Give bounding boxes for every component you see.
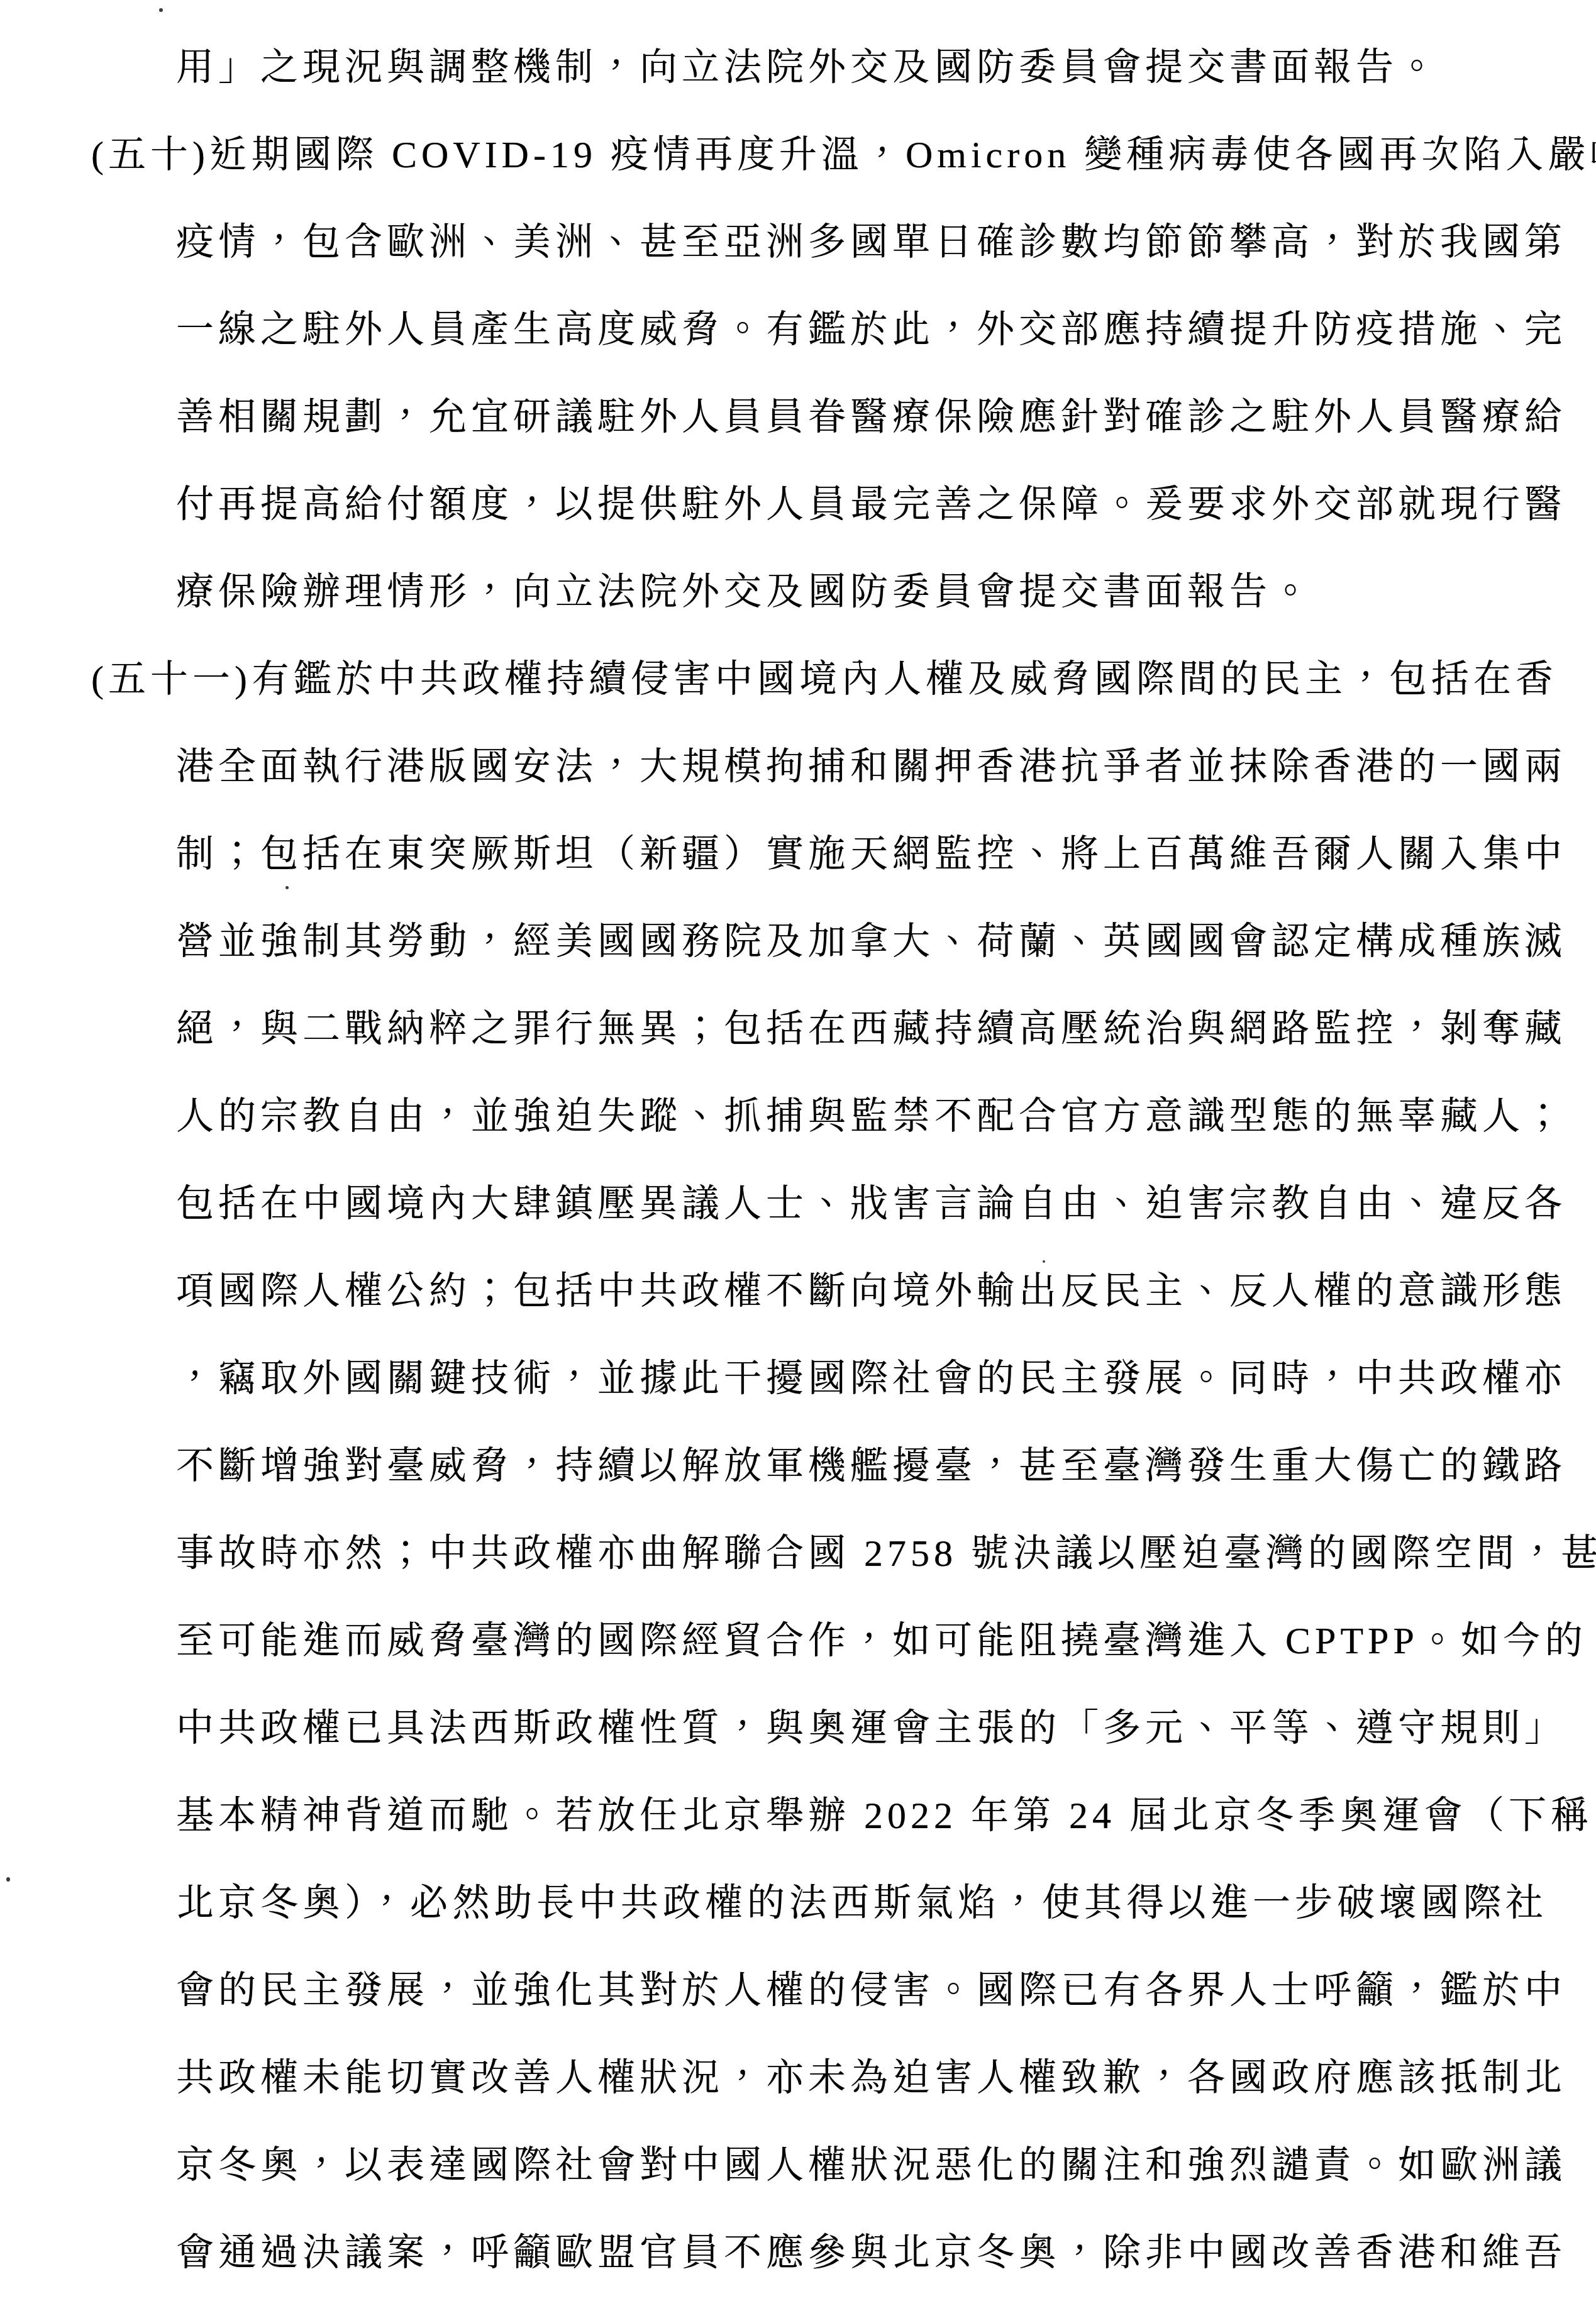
scan-speck	[285, 886, 289, 889]
text-line: 至可能進而威脅臺灣的國際經貿合作，如可能阻撓臺灣進入 CPTPP。如今的	[0, 1597, 1596, 1685]
text-line: 不斷增強對臺威脅，持續以解放軍機艦擾臺，甚至臺灣發生重大傷亡的鐵路	[0, 1422, 1596, 1510]
text-line: 中共政權已具法西斯政權性質，與奧運會主張的「多元、平等、遵守規則」	[0, 1685, 1596, 1772]
text-line: 共政權未能切實改善人權狀況，亦未為迫害人權致歉，各國政府應該抵制北	[0, 2034, 1596, 2122]
text-line: ，竊取外國關鍵技術，並據此干擾國際社會的民主發展。同時，中共政權亦	[0, 1335, 1596, 1422]
text-line: 善相關規劃，允宜研議駐外人員員眷醫療保險應針對確診之駐外人員醫療給	[0, 374, 1596, 461]
text-line-item-50: (五十)近期國際 COVID-19 疫情再度升溫，Omicron 變種病毒使各國…	[0, 111, 1596, 199]
text-line: 港全面執行港版國安法，大規模拘捕和關押香港抗爭者並抹除香港的一國兩	[0, 723, 1596, 811]
text-line: 療保險辦理情形，向立法院外交及國防委員會提交書面報告。	[0, 548, 1596, 636]
text-line: 北京冬奧），必然助長中共政權的法西斯氣焰，使其得以進一步破壞國際社	[0, 1860, 1596, 1947]
text-line: 項國際人權公約；包括中共政權不斷向境外輸出反民主、反人權的意識形態	[0, 1248, 1596, 1335]
text-line: 包括在中國境內大肆鎮壓異議人士、戕害言論自由、迫害宗教自由、違反各	[0, 1160, 1596, 1248]
text-line: 制；包括在東突厥斯坦（新疆）實施天網監控、將上百萬維吾爾人關入集中	[0, 811, 1596, 898]
text-line: 基本精神背道而馳。若放任北京舉辦 2022 年第 24 屆北京冬季奧運會（下稱	[0, 1772, 1596, 1860]
text-line: 會的民主發展，並強化其對於人權的侵害。國際已有各界人士呼籲，鑑於中	[0, 1947, 1596, 2034]
text-line: 付再提高給付額度，以提供駐外人員最完善之保障。爰要求外交部就現行醫	[0, 461, 1596, 548]
text-line: 會通過決議案，呼籲歐盟官員不應參與北京冬奧，除非中國改善香港和維吾	[0, 2209, 1596, 2297]
scan-speck	[1043, 1260, 1045, 1263]
text-line: 人的宗教自由，並強迫失蹤、抓捕與監禁不配合官方意識型態的無辜藏人；	[0, 1073, 1596, 1160]
text-line: 疫情，包含歐洲、美洲、甚至亞洲多國單日確診數均節節攀高，對於我國第	[0, 199, 1596, 286]
scanned-document-page: 用」之現況與調整機制，向立法院外交及國防委員會提交書面報告。 (五十)近期國際 …	[0, 0, 1596, 2318]
text-line-item-51: (五十一)有鑑於中共政權持續侵害中國境內人權及威脅國際間的民主，包括在香	[0, 636, 1596, 723]
text-line: 絕，與二戰納粹之罪行無異；包括在西藏持續高壓統治與網路監控，剝奪藏	[0, 985, 1596, 1073]
text-line: 營並強制其勞動，經美國國務院及加拿大、荷蘭、英國國會認定構成種族滅	[0, 898, 1596, 985]
text-line: 用」之現況與調整機制，向立法院外交及國防委員會提交書面報告。	[0, 24, 1596, 111]
text-line: 事故時亦然；中共政權亦曲解聯合國 2758 號決議以壓迫臺灣的國際空間，甚	[0, 1510, 1596, 1597]
scan-speck	[6, 1877, 10, 1882]
scan-speck	[159, 8, 163, 12]
text-line: 京冬奧，以表達國際社會對中國人權狀況惡化的關注和強烈譴責。如歐洲議	[0, 2122, 1596, 2209]
text-line: 一線之駐外人員產生高度威脅。有鑑於此，外交部應持續提升防疫措施、完	[0, 286, 1596, 374]
document-text-block: 用」之現況與調整機制，向立法院外交及國防委員會提交書面報告。 (五十)近期國際 …	[0, 24, 1596, 2297]
